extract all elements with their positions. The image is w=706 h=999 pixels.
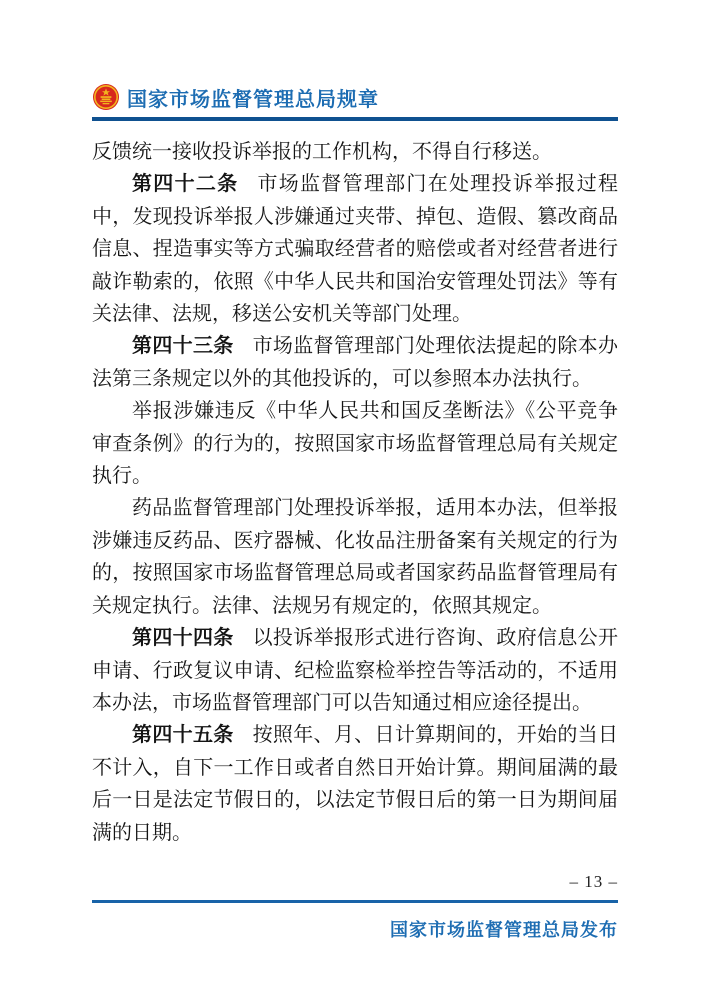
- paragraph-text: 反馈统一接收投诉举报的工作机构，不得自行移送。: [92, 141, 552, 163]
- article-number: 第四十五条: [132, 724, 234, 746]
- page-header: 国家市场监督管理总局规章: [92, 82, 618, 112]
- paragraph-text: 药品监督管理部门处理投诉举报，适用本办法，但举报涉嫌违反药品、医疗器械、化妆品注…: [92, 497, 618, 616]
- article-number: 第四十三条: [132, 335, 234, 357]
- paragraph-text: 市场监督管理部门在处理投诉举报过程中，发现投诉举报人涉嫌通过夹带、掉包、造假、篡…: [92, 173, 618, 325]
- paragraph: 第四十三条市场监督管理部门处理依法提起的除本办法第三条规定以外的其他投诉的，可以…: [92, 330, 618, 395]
- article-number: 第四十二条: [132, 173, 238, 195]
- paragraph: 反馈统一接收投诉举报的工作机构，不得自行移送。: [92, 136, 618, 168]
- header-title: 国家市场监督管理总局规章: [127, 83, 379, 112]
- paragraph: 第四十二条市场监督管理部门在处理投诉举报过程中，发现投诉举报人涉嫌通过夹带、掉包…: [92, 168, 618, 330]
- paragraph: 举报涉嫌违反《中华人民共和国反垄断法》《公平竞争审查条例》的行为的，按照国家市场…: [92, 395, 618, 492]
- footer-rule: [92, 900, 618, 903]
- paragraph-text: 举报涉嫌违反《中华人民共和国反垄断法》《公平竞争审查条例》的行为的，按照国家市场…: [92, 400, 618, 487]
- document-body: 反馈统一接收投诉举报的工作机构，不得自行移送。 第四十二条市场监督管理部门在处理…: [92, 136, 618, 849]
- document-page: 国家市场监督管理总局规章 反馈统一接收投诉举报的工作机构，不得自行移送。 第四十…: [0, 0, 706, 999]
- footer-publisher: 国家市场监督管理总局发布: [92, 916, 618, 942]
- paragraph: 第四十五条按照年、月、日计算期间的，开始的当日不计入，自下一工作日或者自然日开始…: [92, 719, 618, 849]
- paragraph: 药品监督管理部门处理投诉举报，适用本办法，但举报涉嫌违反药品、医疗器械、化妆品注…: [92, 492, 618, 622]
- article-number: 第四十四条: [132, 627, 234, 649]
- header-rule: [92, 117, 618, 121]
- page-number: – 13 –: [92, 871, 618, 893]
- china-national-emblem-icon: [92, 83, 120, 111]
- paragraph: 第四十四条以投诉举报形式进行咨询、政府信息公开申请、行政复议申请、纪检监察检举控…: [92, 622, 618, 719]
